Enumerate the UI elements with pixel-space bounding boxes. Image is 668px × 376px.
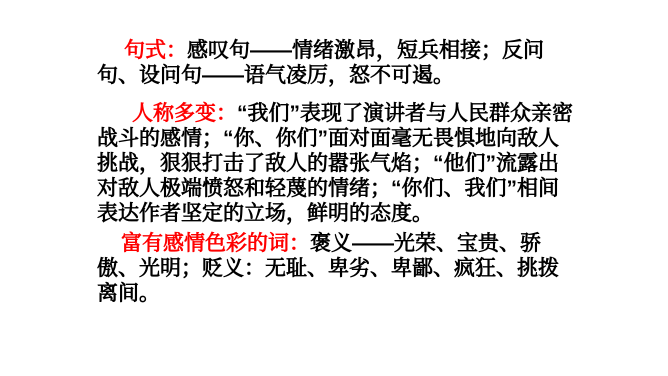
keyword-label-person-shifts: 人称多变： bbox=[132, 102, 237, 125]
presentation-slide: 句式：感叹句——情绪激昂，短兵相接；反问句、设问句——语气凌厉，怒不可遏。 人称… bbox=[0, 0, 668, 376]
keyword-label-emotive-words: 富有感情色彩的词： bbox=[121, 232, 310, 255]
keyword-label-sentence-types: 句式： bbox=[124, 39, 187, 62]
paragraph-emotive-words: 富有感情色彩的词：褒义——光荣、宝贵、骄傲、光明；贬义：无耻、卑劣、卑鄙、疯狂、… bbox=[97, 231, 575, 306]
paragraph-sentence-types: 句式：感叹句——情绪激昂，短兵相接；反问句、设问句——语气凌厉，怒不可遏。 bbox=[97, 38, 575, 88]
slide-text-block: 句式：感叹句——情绪激昂，短兵相接；反问句、设问句——语气凌厉，怒不可遏。 人称… bbox=[97, 38, 575, 306]
paragraph-person-shifts: 人称多变：“我们”表现了演讲者与人民群众亲密战斗的感情；“你、你们”面对面毫无畏… bbox=[97, 101, 575, 226]
